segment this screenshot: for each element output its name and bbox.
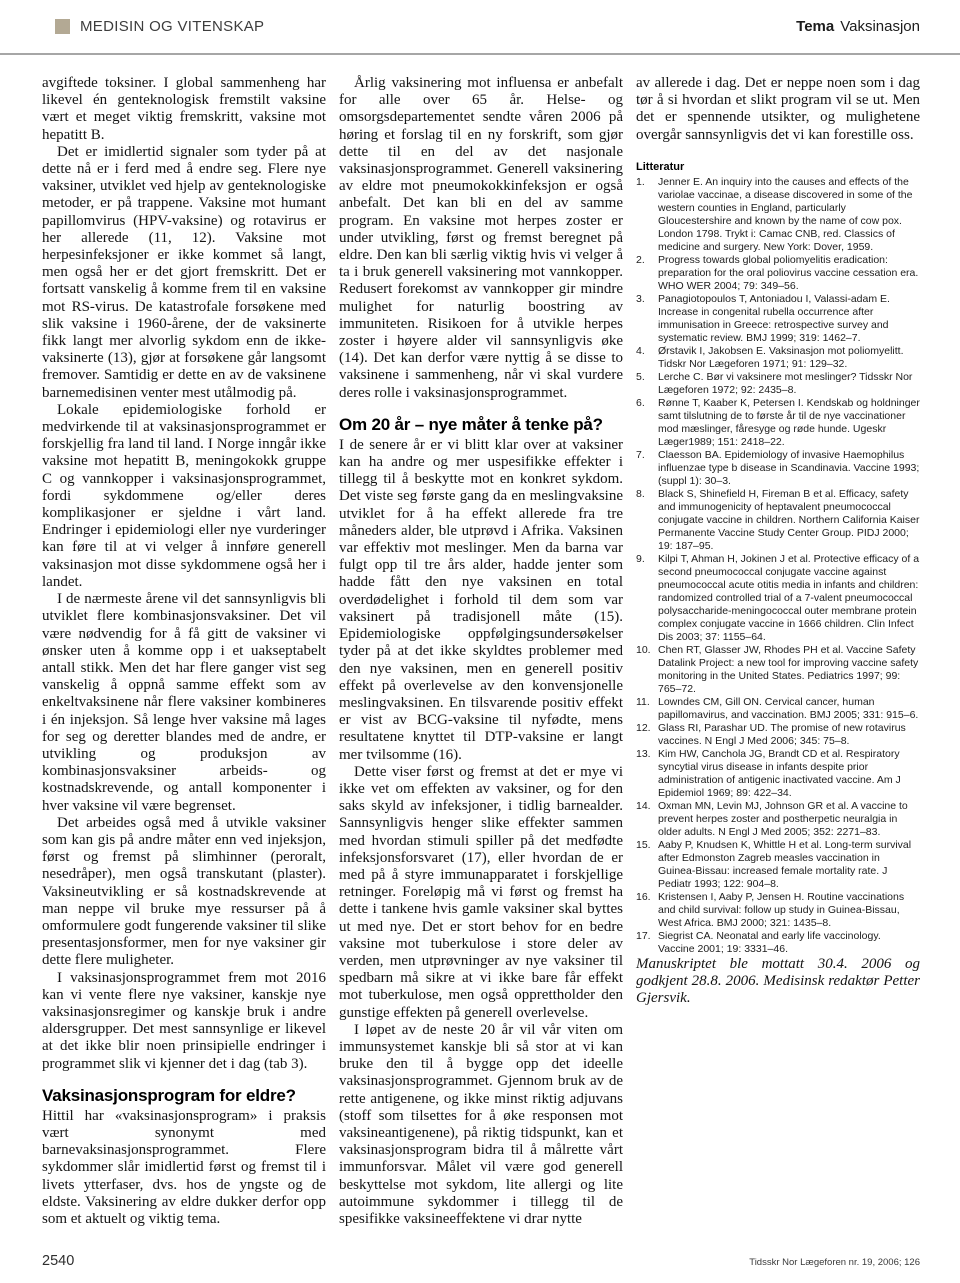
body-paragraph: I de senere år er vi blitt klar over at …: [339, 437, 623, 764]
reference-item: 7.Claesson BA. Epidemiology of invasive …: [636, 449, 920, 488]
body-paragraph: Det er imidlertid signaler som tyder på …: [42, 144, 326, 402]
reference-text: Black S, Shinefield H, Fireman B et al. …: [658, 488, 919, 552]
body-paragraph: Årlig vaksinering mot influensa er anbef…: [339, 75, 623, 402]
reference-text: Aaby P, Knudsen K, Whittle H et al. Long…: [658, 839, 911, 890]
reference-text: Kilpi T, Ahman H, Jokinen J et al. Prote…: [658, 553, 919, 643]
body-paragraph: Dette viser først og fremst at det er my…: [339, 764, 623, 1022]
page-header: MEDISIN OG VITENSKAP TemaVaksinasjon: [0, 0, 960, 53]
reference-number: 8.: [636, 488, 654, 501]
reference-text: Oxman MN, Levin MJ, Johnson GR et al. A …: [658, 800, 908, 838]
column-right: av allerede i dag. Det er neppe noen som…: [636, 75, 920, 1237]
reference-item: 5.Lerche C. Bør vi vaksinere mot mesling…: [636, 371, 920, 397]
journal-citation: Tidsskr Nor Lægeforen nr. 19, 2006; 126: [749, 1257, 920, 1268]
article-columns: avgiftede toksiner. I global sammenheng …: [42, 75, 920, 1237]
body-paragraph: Det arbeides også med å utvikle vaksiner…: [42, 815, 326, 970]
reference-text: Rønne T, Kaaber K, Petersen I. Kendskab …: [658, 397, 920, 448]
reference-number: 13.: [636, 748, 654, 761]
reference-number: 17.: [636, 930, 654, 943]
manuscript-note: Manuskriptet ble mottatt 30.4. 2006 og g…: [636, 956, 920, 1008]
reference-item: 10.Chen RT, Glasser JW, Rhodes PH et al.…: [636, 644, 920, 696]
reference-text: Glass RI, Parashar UD. The promise of ne…: [658, 722, 906, 747]
body-paragraph: Lokale epidemiologiske forhold er medvir…: [42, 402, 326, 591]
section-marker-icon: [55, 19, 70, 34]
reference-text: Lerche C. Bør vi vaksinere mot meslinger…: [658, 371, 912, 396]
reference-item: 8.Black S, Shinefield H, Fireman B et al…: [636, 488, 920, 553]
reference-number: 15.: [636, 839, 654, 852]
page-footer: 2540 Tidsskr Nor Lægeforen nr. 19, 2006;…: [42, 1253, 920, 1269]
reference-number: 9.: [636, 553, 654, 566]
reference-text: Siegrist CA. Neonatal and early life vac…: [658, 930, 881, 955]
reference-number: 12.: [636, 722, 654, 735]
reference-item: 11.Lowndes CM, Gill ON. Cervical cancer,…: [636, 696, 920, 722]
reference-number: 5.: [636, 371, 654, 384]
reference-item: 16.Kristensen I, Aaby P, Jensen H. Routi…: [636, 891, 920, 930]
reference-item: 3.Panagiotopoulos T, Antoniadou I, Valas…: [636, 293, 920, 345]
header-section: MEDISIN OG VITENSKAP: [55, 18, 264, 35]
body-paragraph: Hittil har «vaksinasjonsprogram» i praks…: [42, 1108, 326, 1228]
reference-item: 14.Oxman MN, Levin MJ, Johnson GR et al.…: [636, 800, 920, 839]
reference-text: Progress towards global poliomyelitis er…: [658, 254, 918, 292]
body-paragraph: av allerede i dag. Det er neppe noen som…: [636, 75, 920, 144]
body-paragraph: I løpet av de neste 20 år vil vår viten …: [339, 1022, 623, 1228]
tema-label: Tema: [796, 18, 834, 35]
reference-text: Claesson BA. Epidemiology of invasive Ha…: [658, 449, 919, 487]
reference-item: 6.Rønne T, Kaaber K, Petersen I. Kendska…: [636, 397, 920, 449]
reference-text: Jenner E. An inquiry into the causes and…: [658, 176, 912, 253]
reference-text: Ørstavik I, Jakobsen E. Vaksinasjon mot …: [658, 345, 904, 370]
reference-item: 1.Jenner E. An inquiry into the causes a…: [636, 176, 920, 254]
reference-item: 15.Aaby P, Knudsen K, Whittle H et al. L…: [636, 839, 920, 891]
reference-number: 16.: [636, 891, 654, 904]
body-paragraph: I de nærmeste årene vil det sannsynligvi…: [42, 591, 326, 815]
reference-text: Lowndes CM, Gill ON. Cervical cancer, hu…: [658, 696, 918, 721]
section-heading-eldre: Vaksinasjonsprogram for eldre?: [42, 1086, 326, 1106]
reference-number: 10.: [636, 644, 654, 657]
reference-text: Kim HW, Canchola JG, Brandt CD et al. Re…: [658, 748, 901, 799]
reference-number: 1.: [636, 176, 654, 189]
journal-page: MEDISIN OG VITENSKAP TemaVaksinasjon avg…: [0, 0, 960, 1283]
reference-number: 11.: [636, 696, 654, 709]
reference-number: 14.: [636, 800, 654, 813]
reference-number: 6.: [636, 397, 654, 410]
reference-item: 12.Glass RI, Parashar UD. The promise of…: [636, 722, 920, 748]
reference-text: Kristensen I, Aaby P, Jensen H. Routine …: [658, 891, 904, 929]
column-middle: Årlig vaksinering mot influensa er anbef…: [339, 75, 623, 1237]
column-left: avgiftede toksiner. I global sammenheng …: [42, 75, 326, 1237]
body-paragraph: avgiftede toksiner. I global sammenheng …: [42, 75, 326, 144]
reference-item: 9.Kilpi T, Ahman H, Jokinen J et al. Pro…: [636, 553, 920, 644]
header-divider: [0, 53, 960, 55]
reference-item: 17.Siegrist CA. Neonatal and early life …: [636, 930, 920, 956]
section-label: MEDISIN OG VITENSKAP: [80, 18, 264, 35]
header-tema: TemaVaksinasjon: [796, 18, 920, 35]
reference-number: 2.: [636, 254, 654, 267]
reference-text: Chen RT, Glasser JW, Rhodes PH et al. Va…: [658, 644, 918, 695]
reference-number: 4.: [636, 345, 654, 358]
body-paragraph: I vaksinasjonsprogrammet frem mot 2016 k…: [42, 970, 326, 1073]
reference-number: 3.: [636, 293, 654, 306]
references-list: 1.Jenner E. An inquiry into the causes a…: [636, 176, 920, 956]
reference-item: 2.Progress towards global poliomyelitis …: [636, 254, 920, 293]
section-heading-20aar: Om 20 år – nye måter å tenke på?: [339, 415, 623, 435]
reference-item: 13.Kim HW, Canchola JG, Brandt CD et al.…: [636, 748, 920, 800]
tema-value: Vaksinasjon: [840, 18, 920, 35]
reference-item: 4.Ørstavik I, Jakobsen E. Vaksinasjon mo…: [636, 345, 920, 371]
reference-text: Panagiotopoulos T, Antoniadou I, Valassi…: [658, 293, 890, 344]
references-heading: Litteratur: [636, 161, 920, 173]
page-number: 2540: [42, 1253, 74, 1269]
reference-number: 7.: [636, 449, 654, 462]
